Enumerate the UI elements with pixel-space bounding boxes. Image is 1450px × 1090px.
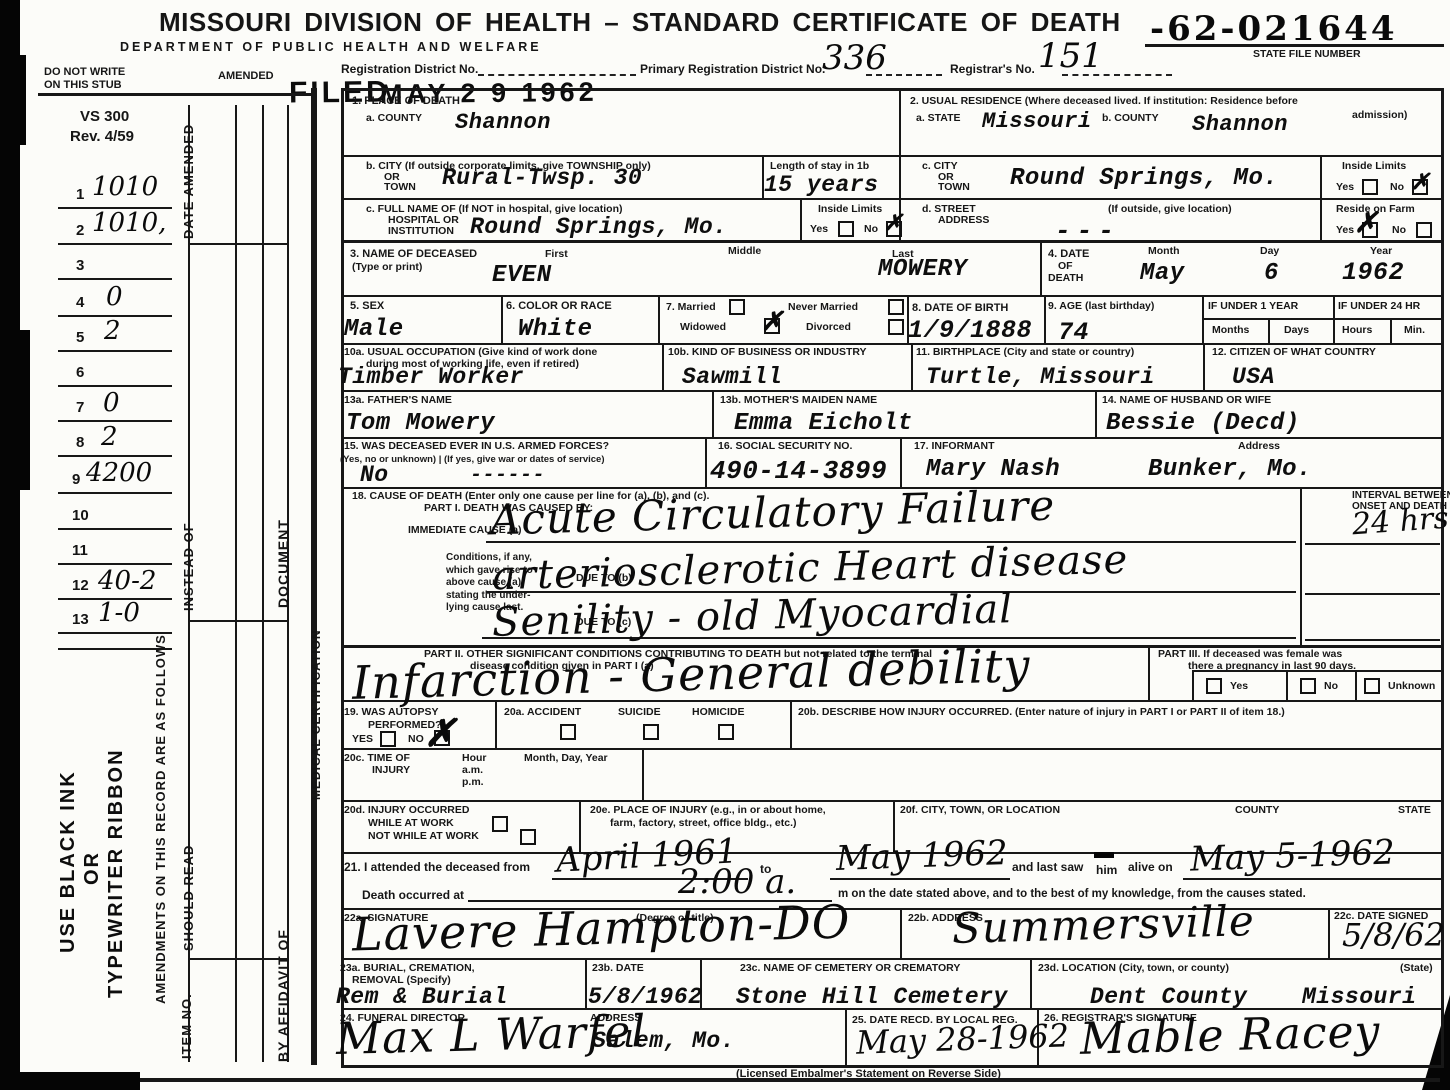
divider-father bbox=[712, 390, 714, 437]
cemetery-label: 23c. NAME OF CEMETERY OR CREMATORY bbox=[740, 962, 960, 974]
stub-cross-rule-1 bbox=[188, 243, 287, 245]
divider-sex bbox=[501, 295, 503, 343]
stub-form-code: VS 300 bbox=[80, 108, 129, 125]
rule-y240 bbox=[341, 240, 1444, 243]
divider-hours-min bbox=[1390, 318, 1392, 343]
while-at-work-label: WHILE AT WORK bbox=[368, 817, 454, 829]
farm-no-checkbox bbox=[1416, 222, 1432, 238]
by-affidavit-label: BY AFFIDAVIT OF bbox=[275, 929, 291, 1062]
autopsy-yes-label: YES bbox=[352, 733, 373, 745]
informant-value: Mary Nash bbox=[926, 458, 1060, 482]
first-name-value: EVEN bbox=[492, 264, 552, 288]
embalmer-note: (Licensed Embalmer's Statement on Revers… bbox=[736, 1068, 1001, 1081]
date-of-death-label2: OF bbox=[1058, 260, 1073, 272]
scan-edge-left bbox=[0, 0, 20, 1090]
divider-inside1-col bbox=[800, 198, 802, 240]
stub-row-value: 1-0 bbox=[98, 602, 140, 625]
cemetery-value: Stone Hill Cemetery bbox=[736, 986, 1008, 1009]
part3-cell-left bbox=[1192, 670, 1194, 700]
suicide-checkbox bbox=[643, 724, 659, 740]
stub-cross-rule-3 bbox=[188, 958, 287, 960]
divider-name-date bbox=[1040, 240, 1042, 295]
divider-race bbox=[658, 295, 660, 343]
cause-a-value: Acute Circulatory Failure bbox=[490, 487, 1056, 540]
stub-row-line bbox=[58, 385, 172, 387]
scan-edge-bottom-left bbox=[0, 1072, 140, 1090]
date-of-birth-label: 8. DATE OF BIRTH bbox=[912, 302, 1008, 315]
do-not-write-label: DO NOT WRITE ON THIS STUB bbox=[44, 66, 125, 91]
divider-ssn bbox=[900, 437, 902, 487]
usual-residence-label2: admission) bbox=[1352, 109, 1407, 121]
pregnancy-no-checkbox bbox=[1300, 678, 1316, 694]
divider-23d bbox=[1030, 958, 1032, 1008]
city-value: Rural-Twsp. 30 bbox=[442, 167, 642, 190]
date-of-death-label1: 4. DATE bbox=[1048, 248, 1089, 261]
state-file-number-label: STATE FILE NUMBER bbox=[1253, 48, 1361, 60]
part2-value: Infarction - General debility bbox=[352, 645, 1031, 704]
last-saw-label1: and last saw bbox=[1012, 860, 1083, 874]
farm-no: No bbox=[1392, 224, 1406, 236]
death-day-value: 6 bbox=[1264, 262, 1279, 286]
homicide-checkbox bbox=[718, 724, 734, 740]
last-saw-value: May 5-1962 bbox=[1189, 836, 1395, 875]
middle-name-label: Middle bbox=[728, 245, 761, 257]
month-label: Month bbox=[1148, 245, 1180, 257]
residence-city-town: TOWN bbox=[938, 181, 970, 193]
attended-label: 21. I attended the deceased from bbox=[344, 860, 530, 874]
attended-to-value: May 1962 bbox=[835, 837, 1008, 875]
am-label: a.m. bbox=[462, 764, 483, 776]
funeral-director-address-value: Salem, Mo. bbox=[592, 1030, 735, 1053]
informant-label: 17. INFORMANT bbox=[914, 440, 995, 452]
hours-label: Hours bbox=[1342, 324, 1372, 336]
county-label: a. COUNTY bbox=[366, 112, 422, 124]
physician-signature-value: Lavere Hampton-DO bbox=[352, 901, 851, 955]
pregnancy-unknown-checkbox bbox=[1364, 678, 1380, 694]
inside-limits2-no-x-icon: ✗ bbox=[1411, 169, 1429, 195]
stub-row-value: 4200 bbox=[86, 462, 152, 485]
divider-occ bbox=[662, 343, 664, 390]
mother-name-label: 13b. MOTHER'S MAIDEN NAME bbox=[720, 394, 877, 406]
autopsy-no-label: NO bbox=[408, 733, 424, 745]
pregnancy-yes-label: Yes bbox=[1230, 680, 1248, 692]
interval-label1: INTERVAL BETWEEN bbox=[1352, 490, 1450, 502]
divorced-label: Divorced bbox=[806, 321, 851, 333]
scan-edge-bump-top bbox=[0, 55, 26, 145]
last-saw-label2: alive on bbox=[1128, 860, 1173, 874]
residence-city-value: Round Springs, Mo. bbox=[1010, 167, 1278, 191]
residence-state-value: Missouri bbox=[982, 111, 1092, 133]
never-married-checkbox bbox=[888, 299, 904, 315]
signature-address-value: Summersville bbox=[952, 902, 1256, 948]
cemetery-location-value: Dent County bbox=[1090, 986, 1247, 1009]
stub-row-value: 2 bbox=[104, 320, 121, 343]
autopsy-no-x-icon: ✗ bbox=[424, 710, 456, 755]
father-name-value: Tom Mowery bbox=[346, 412, 495, 436]
occupation-value: Timber Worker bbox=[338, 366, 524, 389]
divider-20a bbox=[790, 700, 792, 748]
county-value: Shannon bbox=[455, 112, 551, 134]
should-read-label: SHOULD READ bbox=[181, 845, 196, 951]
never-married-label: Never Married bbox=[788, 301, 858, 313]
divider-part3 bbox=[1148, 645, 1150, 700]
time-of-injury-label2: INJURY bbox=[372, 764, 410, 776]
stub-form-revision: Rev. 4/59 bbox=[70, 128, 134, 145]
spouse-name-label: 14. NAME OF HUSBAND OR WIFE bbox=[1102, 394, 1271, 406]
type-or-print-note: (Type or print) bbox=[352, 261, 422, 273]
date-of-death-label3: DEATH bbox=[1048, 272, 1083, 284]
inside-limits2-yes-checkbox bbox=[1362, 179, 1378, 195]
industry-value: Sawmill bbox=[682, 366, 782, 389]
attended-to-line bbox=[830, 878, 1010, 880]
suicide-label: SUICIDE bbox=[618, 706, 661, 718]
stub-row-line bbox=[58, 563, 172, 565]
inside-limits2-no: No bbox=[1390, 181, 1404, 193]
inside-limits1-no: No bbox=[864, 223, 878, 235]
instead-of-label: INSTEAD OF bbox=[181, 522, 196, 611]
color-race-label: 6. COLOR OR RACE bbox=[506, 300, 612, 313]
divider-mother bbox=[1095, 390, 1097, 437]
armed-forces-value: No bbox=[360, 464, 389, 487]
place-of-death-label: 1. PLACE OF DEATH bbox=[352, 95, 460, 108]
last-saw-him: him bbox=[1096, 863, 1117, 877]
sex-value: Male bbox=[344, 318, 404, 342]
stub-grid-line-3 bbox=[262, 105, 264, 1062]
divider-23b bbox=[585, 958, 587, 1008]
state-file-number-value: -62-021644 bbox=[1150, 12, 1397, 46]
medical-certification-label: MEDICAL CERTIFICATION bbox=[309, 629, 323, 800]
citizen-label: 12. CITIZEN OF WHAT COUNTRY bbox=[1212, 346, 1376, 358]
occupation-label1: 10a. USUAL OCCUPATION (Give kind of work… bbox=[344, 346, 597, 358]
death-year-value: 1962 bbox=[1342, 260, 1404, 285]
typewriter-ribbon-label: TYPEWRITER RIBBON bbox=[105, 748, 128, 998]
length-of-stay-value: 15 years bbox=[764, 174, 878, 197]
stub-row-line bbox=[58, 492, 172, 494]
death-occurred-label: Death occurred at bbox=[362, 888, 464, 902]
stub-row-value: 1010, bbox=[92, 212, 166, 235]
birthplace-label: 11. BIRTHPLACE (City and state or countr… bbox=[916, 346, 1134, 358]
part3-cell-mid2 bbox=[1355, 670, 1357, 700]
rule-under-headers bbox=[1202, 318, 1444, 320]
rule-y295 bbox=[341, 295, 1444, 297]
place-of-injury-label2: farm, factory, street, office bldg., etc… bbox=[610, 817, 797, 829]
ssn-label: 16. SOCIAL SECURITY NO. bbox=[718, 440, 852, 452]
item-no-label: ITEM NO. bbox=[179, 993, 194, 1059]
if-under-1-year-label: IF UNDER 1 YEAR bbox=[1208, 300, 1298, 312]
pregnancy-no-label: No bbox=[1324, 680, 1338, 692]
widowed-label: Widowed bbox=[680, 321, 726, 333]
divider-forces bbox=[705, 437, 707, 487]
usual-residence-label: 2. USUAL RESIDENCE (Where deceased lived… bbox=[910, 95, 1298, 107]
part3-label2: there a pregnancy in last 90 days. bbox=[1188, 660, 1356, 672]
ssn-value: 490-14-3899 bbox=[710, 458, 887, 484]
street-note: (If outside, give location) bbox=[1108, 203, 1232, 215]
stub-row-num: 1 bbox=[76, 186, 84, 203]
inside-limits1-yes: Yes bbox=[810, 223, 828, 235]
industry-label: 10b. KIND OF BUSINESS OR INDUSTRY bbox=[668, 346, 867, 358]
widowed-x-icon: ✗ bbox=[761, 307, 783, 337]
place-of-injury-label1: 20e. PLACE OF INJURY (e.g., in or about … bbox=[590, 804, 826, 816]
city-town: TOWN bbox=[384, 181, 416, 193]
street-value: --- bbox=[1055, 218, 1120, 244]
divider-22b bbox=[900, 908, 902, 958]
rule-y343 bbox=[341, 343, 1444, 345]
death-certificate-scan: MISSOURI DIVISION OF HEALTH – STANDARD C… bbox=[0, 0, 1450, 1090]
month-day-year-label: Month, Day, Year bbox=[524, 752, 608, 764]
amendments-label: AMENDMENTS ON THIS RECORD ARE AS FOLLOWS bbox=[153, 634, 168, 1004]
first-name-label: First bbox=[545, 248, 568, 260]
residence-county-value: Shannon bbox=[1192, 114, 1288, 136]
document-label: DOCUMENT bbox=[275, 519, 291, 608]
armed-forces-label: 15. WAS DECEASED EVER IN U.S. ARMED FORC… bbox=[344, 440, 609, 452]
divider-industry bbox=[911, 343, 913, 390]
inside-limits2-label: Inside Limits bbox=[1342, 160, 1406, 172]
injury-state-label: STATE bbox=[1398, 804, 1431, 816]
age-label: 9. AGE (last birthday) bbox=[1048, 300, 1154, 312]
inside-limits1-label: Inside Limits bbox=[818, 203, 882, 215]
citizen-value: USA bbox=[1232, 366, 1275, 389]
burial-date-label: 23b. DATE bbox=[592, 962, 644, 974]
scan-edge-bump-mid bbox=[0, 330, 30, 490]
color-race-value: White bbox=[518, 318, 593, 342]
cause-b-value: arteriosclerotic Heart disease bbox=[492, 542, 1129, 595]
accident-checkbox bbox=[560, 724, 576, 740]
birthplace-value: Turtle, Missouri bbox=[926, 366, 1155, 389]
accident-label: 20a. ACCIDENT bbox=[504, 706, 581, 718]
part3-cell-mid1 bbox=[1286, 670, 1288, 700]
rule-y155 bbox=[341, 155, 1444, 157]
burial-label1: 23a. BURIAL, CREMATION, bbox=[340, 962, 475, 974]
stub-row-num: 3 bbox=[76, 257, 84, 274]
farm-yes: Yes bbox=[1336, 224, 1354, 236]
rule-y390 bbox=[341, 390, 1444, 392]
ink-mark-over-him bbox=[1094, 852, 1114, 858]
burial-value: Rem & Burial bbox=[336, 986, 508, 1009]
name-of-deceased-label: 3. NAME OF DECEASED bbox=[350, 248, 477, 261]
stub-row-num: 6 bbox=[76, 364, 84, 381]
department-subtitle: DEPARTMENT OF PUBLIC HEALTH AND WELFARE bbox=[120, 40, 542, 54]
registrar-signature-value: Mable Racey bbox=[1080, 1012, 1381, 1059]
death-month-value: May bbox=[1140, 262, 1185, 286]
primary-district-value: 336 bbox=[822, 42, 887, 74]
date-signed-value: 5/8/62 bbox=[1342, 920, 1445, 950]
last-name-value: MOWERY bbox=[878, 258, 967, 282]
divider-inside2-col bbox=[1320, 155, 1322, 240]
interval-c-line bbox=[1305, 639, 1440, 641]
stub-row-line bbox=[58, 528, 172, 530]
year-label: Year bbox=[1370, 245, 1392, 257]
divider-autopsy bbox=[495, 700, 497, 748]
part3-label1: PART III. If deceased was female was bbox=[1158, 648, 1342, 660]
stub-row-num: 4 bbox=[76, 294, 84, 311]
injury-county-label: COUNTY bbox=[1235, 804, 1279, 816]
rule-y198 bbox=[341, 198, 1444, 200]
cemetery-state-label: (State) bbox=[1400, 962, 1433, 974]
stub-row-line bbox=[58, 455, 172, 457]
primary-district-label: Primary Registration District No. bbox=[640, 62, 825, 76]
rule-y958 bbox=[341, 958, 1444, 960]
stub-row-value: 0 bbox=[106, 286, 123, 309]
stub-row-num: 12 bbox=[72, 577, 89, 594]
inside-limits1-yes-checkbox bbox=[838, 221, 854, 237]
injury-occurred-label: 20d. INJURY OCCURRED bbox=[344, 804, 469, 816]
primary-district-blank bbox=[866, 74, 942, 76]
interval-a-value: 24 hrs bbox=[1351, 505, 1450, 540]
divorced-checkbox bbox=[888, 319, 904, 335]
residence-county-label: b. COUNTY bbox=[1102, 112, 1159, 124]
street-label2: ADDRESS bbox=[938, 214, 989, 226]
registrar-no-value: 151 bbox=[1038, 40, 1103, 72]
not-while-at-work-checkbox bbox=[520, 829, 536, 845]
cemetery-location-label: 23d. LOCATION (City, town, or county) bbox=[1038, 962, 1229, 974]
informant-address-label: Address bbox=[1238, 440, 1280, 452]
interval-b-line bbox=[1305, 593, 1440, 595]
pregnancy-yes-checkbox bbox=[1206, 678, 1222, 694]
state-file-number-line bbox=[1145, 44, 1444, 47]
married-label: 7. Married bbox=[666, 301, 716, 313]
divider-20c bbox=[642, 748, 644, 800]
divider-25 bbox=[845, 1008, 847, 1065]
stub-grid-line-2 bbox=[235, 105, 237, 1062]
pregnancy-unknown-label: Unknown bbox=[1388, 680, 1435, 692]
mother-name-value: Emma Eicholt bbox=[734, 412, 913, 436]
stub-row-num: 2 bbox=[76, 222, 84, 239]
form-top-border bbox=[341, 88, 1444, 91]
date-of-birth-value: 1/9/1888 bbox=[908, 318, 1032, 343]
cause-c-value: Senility - old Myocardial bbox=[492, 591, 1014, 641]
autopsy-yes-checkbox bbox=[380, 731, 396, 747]
stub-row-num: 10 bbox=[72, 507, 89, 524]
stub-header-rule bbox=[38, 93, 315, 96]
stub-row-value: 1010 bbox=[92, 176, 158, 199]
form-title: MISSOURI DIVISION OF HEALTH – STANDARD C… bbox=[159, 8, 1121, 38]
divider-interval-col bbox=[1300, 487, 1302, 645]
min-label: Min. bbox=[1404, 324, 1425, 336]
informant-address-value: Bunker, Mo. bbox=[1148, 458, 1312, 482]
hospital-value: Round Springs, Mo. bbox=[470, 216, 727, 239]
hour-label: Hour bbox=[462, 752, 487, 764]
age-value: 74 bbox=[1058, 320, 1089, 345]
day-label: Day bbox=[1260, 245, 1279, 257]
stub-row-value: 0 bbox=[103, 392, 120, 415]
while-at-work-checkbox bbox=[492, 816, 508, 832]
registrar-no-label: Registrar's No. bbox=[950, 62, 1035, 76]
stub-row-num: 13 bbox=[72, 611, 89, 628]
inside-limits1-no-x-icon: ✗ bbox=[884, 210, 902, 236]
pm-label: p.m. bbox=[462, 776, 484, 788]
farm-yes-x-icon: ✗ bbox=[1354, 206, 1377, 239]
injury-city-label: 20f. CITY, TOWN, OR LOCATION bbox=[900, 804, 1060, 816]
armed-forces-dashes: ------ bbox=[470, 466, 545, 486]
stub-row-line bbox=[58, 350, 172, 352]
date-amended-label: DATE AMENDED bbox=[181, 124, 196, 239]
rule-y437 bbox=[341, 437, 1444, 439]
not-while-at-work-label: NOT WHILE AT WORK bbox=[368, 830, 479, 842]
stub-row-line bbox=[58, 278, 172, 280]
residence-state-label: a. STATE bbox=[916, 112, 961, 124]
interval-a-line bbox=[1305, 543, 1440, 545]
divider-birthplace bbox=[1203, 343, 1205, 390]
use-black-ink-or: OR bbox=[81, 851, 104, 885]
spouse-name-value: Bessie (Decd) bbox=[1106, 412, 1300, 436]
registration-district-label: Registration District No. bbox=[341, 62, 478, 76]
stub-separator-bar bbox=[311, 88, 317, 1065]
time-of-injury-label1: 20c. TIME OF bbox=[344, 752, 410, 764]
stub-row-num: 7 bbox=[76, 399, 84, 416]
registration-district-blank bbox=[478, 74, 636, 76]
stub-row-value: 40-2 bbox=[98, 570, 156, 593]
cemetery-state-value: Missouri bbox=[1302, 986, 1416, 1009]
divider-22c bbox=[1328, 908, 1330, 958]
death-time-value: 2:00 a. bbox=[678, 866, 796, 898]
homicide-label: HOMICIDE bbox=[692, 706, 745, 718]
length-of-stay-label: Length of stay in 1b bbox=[770, 160, 869, 172]
date-received-value: May 28-1962 bbox=[856, 1020, 1070, 1058]
if-under-24hr-label: IF UNDER 24 HR bbox=[1338, 300, 1420, 312]
registrar-no-blank bbox=[1062, 74, 1172, 76]
inside-limits2-yes: Yes bbox=[1336, 181, 1354, 193]
stub-row-line bbox=[58, 243, 172, 245]
months-label: Months bbox=[1212, 324, 1249, 336]
sex-label: 5. SEX bbox=[350, 300, 384, 313]
describe-injury-label: 20b. DESCRIBE HOW INJURY OCCURRED. (Ente… bbox=[798, 706, 1285, 718]
stub-row-value: 2 bbox=[101, 426, 118, 449]
stub-row-num: 9 bbox=[72, 471, 80, 488]
hospital-label3: INSTITUTION bbox=[388, 225, 454, 237]
divider-dob bbox=[1044, 295, 1046, 343]
stub-row-num: 5 bbox=[76, 329, 84, 346]
rule-y748 bbox=[341, 748, 1444, 750]
married-checkbox bbox=[729, 299, 745, 315]
divider-months-days bbox=[1268, 318, 1270, 343]
amended-label: AMENDED bbox=[218, 70, 274, 83]
use-black-ink-label: USE BLACK INK bbox=[57, 770, 80, 953]
stub-cross-rule-2 bbox=[188, 620, 287, 622]
stub-row-num: 11 bbox=[72, 542, 88, 559]
father-name-label: 13a. FATHER'S NAME bbox=[344, 394, 452, 406]
stub-row-num: 8 bbox=[76, 434, 84, 451]
days-label: Days bbox=[1284, 324, 1309, 336]
